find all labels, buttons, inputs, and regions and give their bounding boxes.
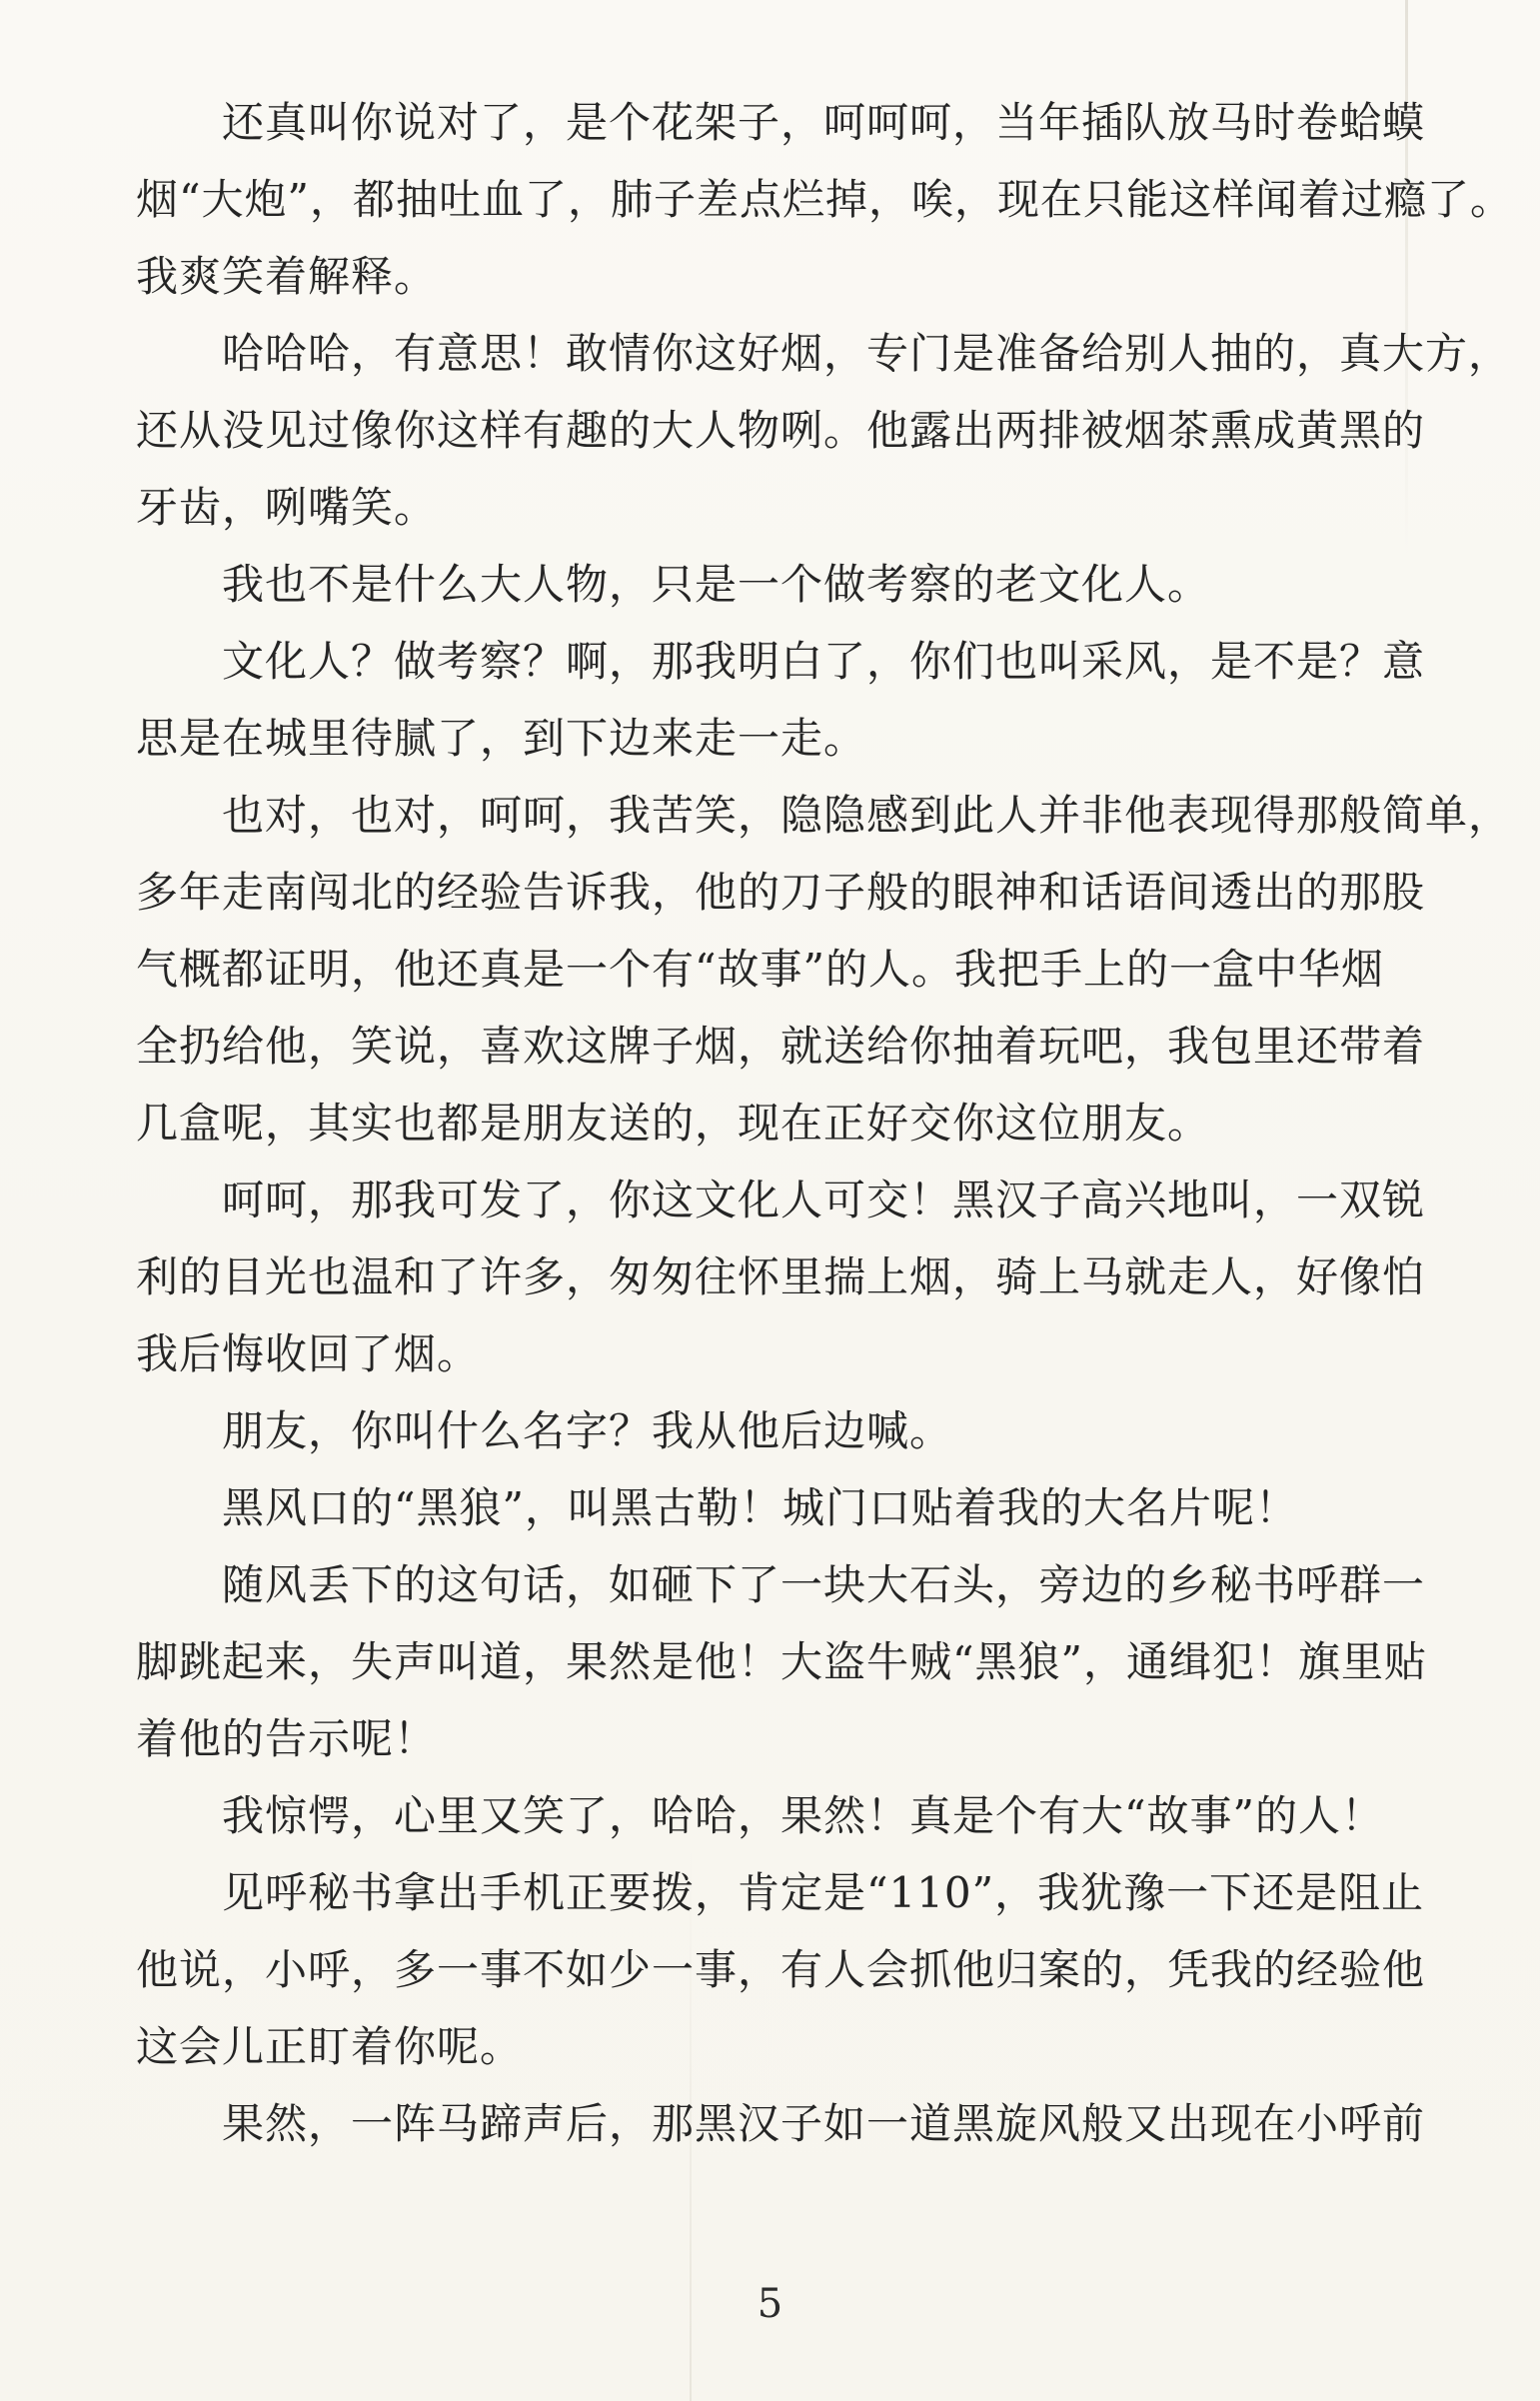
text-line: 我爽笑着解释。 <box>136 238 1515 315</box>
text-line: 思是在城里待腻了，到下边来走一走。 <box>136 700 1515 777</box>
text-line: 文化人？做考察？啊，那我明白了，你们也叫采风，是不是？意 <box>136 623 1515 700</box>
text-line: 多年走南闯北的经验告诉我，他的刀子般的眼神和话语间透出的那股 <box>136 854 1515 931</box>
text-line: 随风丢下的这句话，如砸下了一块大石头，旁边的乡秘书呼群一 <box>136 1546 1515 1623</box>
text-line: 果然，一阵马蹄声后，那黑汉子如一道黑旋风般又出现在小呼前 <box>136 2085 1515 2162</box>
text-line: 见呼秘书拿出手机正要拨，肯定是“110”，我犹豫一下还是阻止 <box>136 1854 1515 1931</box>
text-line: 也对，也对，呵呵，我苦笑，隐隐感到此人并非他表现得那般简单， <box>136 777 1515 854</box>
text-line: 气概都证明，他还真是一个有“故事”的人。我把手上的一盒中华烟 <box>136 931 1515 1008</box>
text-line: 朋友，你叫什么名字？我从他后边喊。 <box>136 1392 1515 1469</box>
text-line: 还从没见过像你这样有趣的大人物咧。他露出两排被烟茶熏成黄黑的 <box>136 392 1515 469</box>
page-number: 5 <box>0 2281 1540 2327</box>
text-line: 全扔给他，笑说，喜欢这牌子烟，就送给你抽着玩吧，我包里还带着 <box>136 1008 1515 1085</box>
text-line: 我惊愕，心里又笑了，哈哈，果然！真是个有大“故事”的人！ <box>136 1777 1515 1854</box>
text-line: 还真叫你说对了，是个花架子，呵呵呵，当年插队放马时卷蛤蟆 <box>136 84 1515 161</box>
text-line: 哈哈哈，有意思！敢情你这好烟，专门是准备给别人抽的，真大方， <box>136 315 1515 392</box>
text-line: 利的目光也温和了许多，匆匆往怀里揣上烟，骑上马就走人，好像怕 <box>136 1238 1515 1315</box>
text-line: 着他的告示呢！ <box>136 1700 1515 1777</box>
text-line: 我后悔收回了烟。 <box>136 1315 1515 1392</box>
text-line: 脚跳起来，失声叫道，果然是他！大盗牛贼“黑狼”，通缉犯！旗里贴 <box>136 1623 1515 1700</box>
text-line: 我也不是什么大人物，只是一个做考察的老文化人。 <box>136 546 1515 623</box>
text-line: 黑风口的“黑狼”，叫黑古勒！城门口贴着我的大名片呢！ <box>136 1469 1515 1546</box>
text-line: 几盒呢，其实也都是朋友送的，现在正好交你这位朋友。 <box>136 1085 1515 1162</box>
text-line: 他说，小呼，多一事不如少一事，有人会抓他归案的，凭我的经验他 <box>136 1931 1515 2008</box>
text-line: 这会儿正盯着你呢。 <box>136 2008 1515 2085</box>
text-line: 呵呵，那我可发了，你这文化人可交！黑汉子高兴地叫，一双锐 <box>136 1162 1515 1238</box>
text-block: 还真叫你说对了，是个花架子，呵呵呵，当年插队放马时卷蛤蟆烟“大炮”，都抽吐血了，… <box>136 84 1515 2162</box>
text-line: 牙齿，咧嘴笑。 <box>136 469 1515 546</box>
text-line: 烟“大炮”，都抽吐血了，肺子差点烂掉，唉，现在只能这样闻着过瘾了。 <box>136 161 1515 238</box>
